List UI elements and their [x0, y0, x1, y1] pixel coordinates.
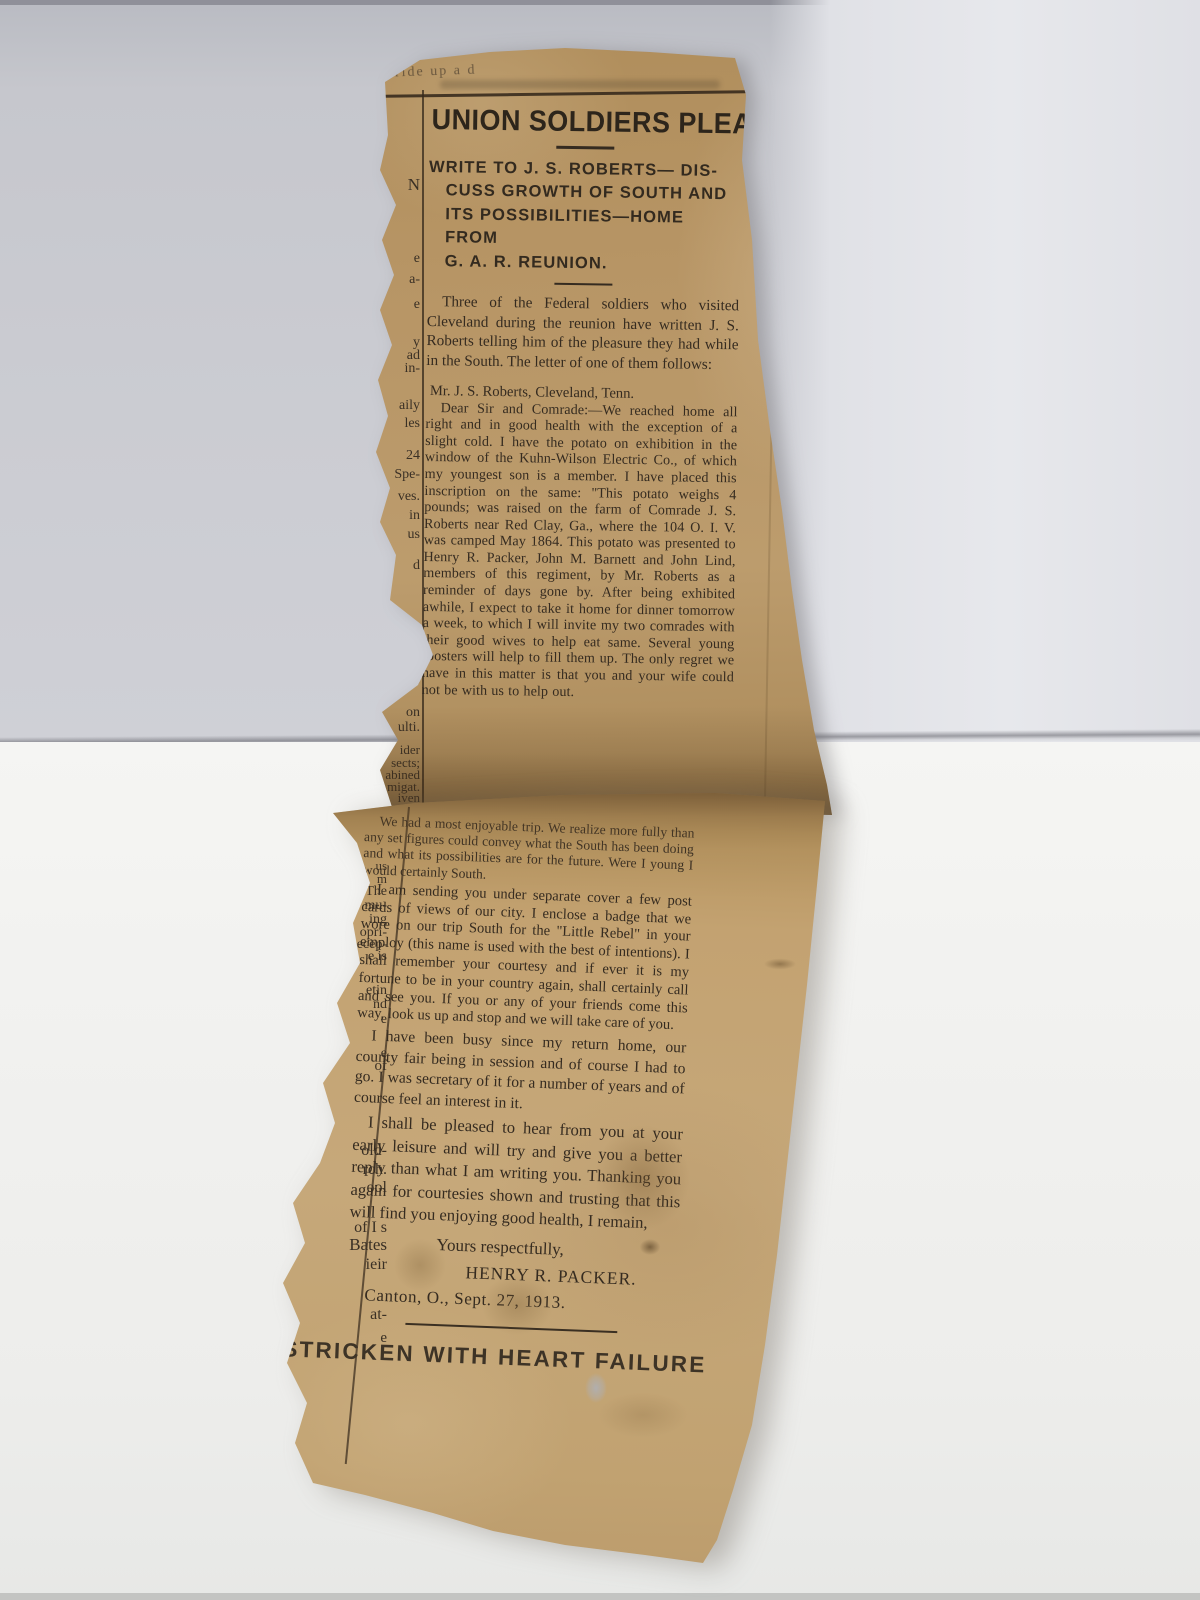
- fragment-text: 24: [348, 448, 420, 464]
- letter-paragraph: I have been busy since my return home, o…: [354, 1026, 687, 1121]
- valediction: Yours respectfully,: [436, 1235, 679, 1264]
- fragment-text: 9: [348, 674, 420, 690]
- paper-crease: [764, 330, 774, 810]
- photo-scene: ride up a d N e a- e y ad in- aily les 2…: [0, 0, 1200, 1600]
- torn-hole: [585, 1373, 607, 1403]
- letter-paragraph: We had a most enjoyable trip. We realize…: [363, 813, 695, 890]
- show-through-smudge: [440, 80, 720, 89]
- column-rule-upper: [422, 90, 424, 812]
- letter-paragraph: I am sending you under separate cover a …: [357, 881, 692, 1036]
- subheadline: WRITE TO J. S. ROBERTS— DIS- CUSS GROWTH…: [428, 156, 742, 278]
- article-column-upper: UNION SOLDIERS PLEASED WRITE TO J. S. RO…: [422, 96, 742, 706]
- fragment-text: ad: [348, 645, 420, 661]
- fragment-text: aily: [348, 398, 420, 414]
- stain: [760, 957, 800, 971]
- newspaper-clipping-lower: us m The mu- ing opri- ecep- e is etin n…: [265, 785, 840, 1585]
- letter-body-upper: Dear Sir and Comrade:—We reached home al…: [422, 400, 738, 703]
- fragment-text: a-: [348, 272, 420, 288]
- letter-paragraph: I shall be pleased to hear from you at y…: [349, 1111, 683, 1236]
- fragment-text: Spe-: [348, 467, 420, 483]
- fragment-text: e: [348, 297, 420, 313]
- fragment-text: ulti.: [348, 720, 420, 736]
- clipping-paper-upper: ride up a d N e a- e y ad in- aily les 2…: [330, 40, 835, 815]
- table-front-edge: [0, 1593, 1200, 1600]
- stain: [583, 1385, 703, 1445]
- clipping-paper-lower: us m The mu- ing opri- ecep- e is etin n…: [265, 785, 840, 1585]
- fragment-text: les: [348, 416, 420, 432]
- fragment-text: ts: [348, 660, 420, 676]
- article-column-lower: We had a most enjoyable trip. We realize…: [344, 813, 695, 1378]
- subheadline-line: G. A. R. REUNION.: [428, 250, 740, 278]
- fragment-text: d: [348, 558, 420, 574]
- fragment-text: on: [348, 705, 420, 721]
- signature: HENRY R. PACKER.: [465, 1262, 678, 1291]
- dateline: Canton, O., Sept. 27, 1913.: [364, 1285, 677, 1317]
- fragment-text: in: [348, 508, 420, 524]
- fragment-text: e: [348, 251, 420, 267]
- intro-paragraph: Three of the Federal soldiers who visite…: [426, 292, 739, 375]
- end-rule: [405, 1323, 617, 1334]
- torn-left-column-upper: N e a- e y ad in- aily les 24 Spe- ves. …: [348, 40, 420, 815]
- fragment-text: N: [348, 175, 420, 195]
- subheadline-line: ITS POSSIBILITIES—HOME FROM: [428, 203, 741, 255]
- subhead-divider: [554, 282, 612, 285]
- fragment-text: in-: [348, 361, 420, 377]
- headline-divider: [556, 146, 614, 149]
- fragment-text: us: [348, 527, 420, 543]
- fragment-text: ves.: [348, 489, 420, 505]
- headline: UNION SOLDIERS PLEASED: [431, 104, 720, 141]
- newspaper-clipping-upper: ride up a d N e a- e y ad in- aily les 2…: [330, 40, 835, 815]
